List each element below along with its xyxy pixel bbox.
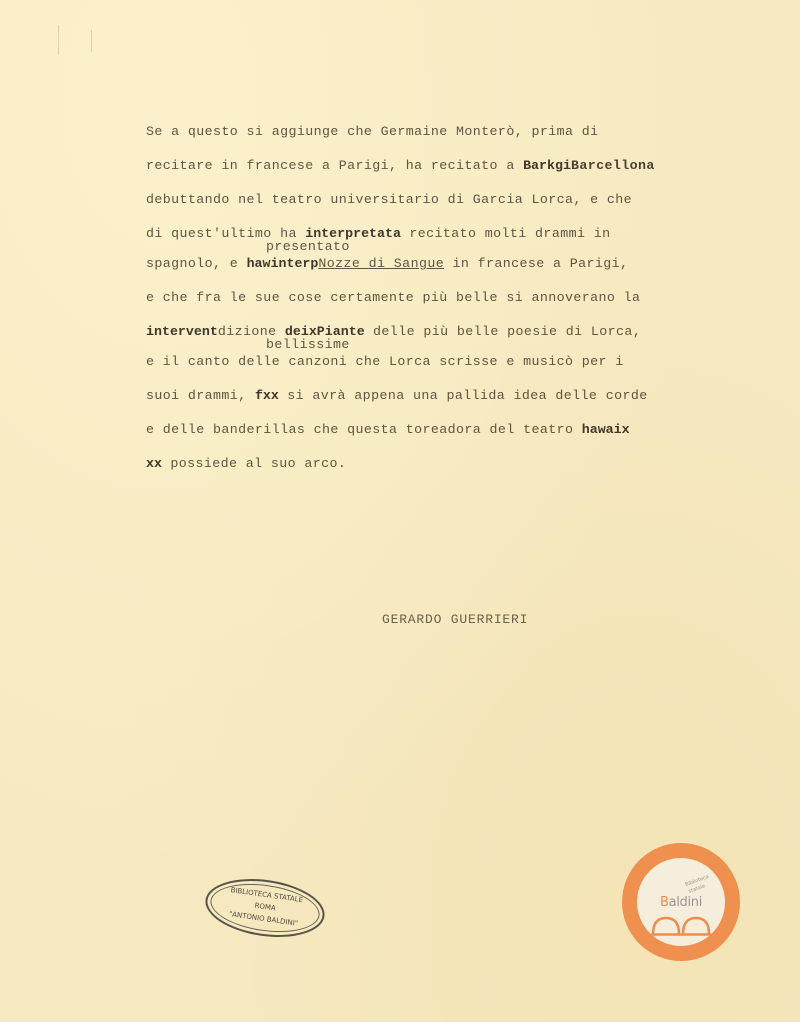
document-page: Se a questo si aggiunge che Germaine Mon… [0,0,800,1022]
interlinear-insertion: bellissime [266,338,350,352]
text-line-10: e delle banderillas che questa toreadora… [146,422,630,438]
text-line-6: e che fra le sue cose certamente più bel… [146,290,640,306]
library-stamp: BIBLIOTECA STATALE ROMA "ANTONIO BALDINI… [202,872,329,944]
struck-text: hawinterp [247,256,319,271]
text-line-4: di quest'ultimo ha interpretata recitato… [146,226,610,242]
struck-text: fxx [255,388,279,403]
paper-crease [58,25,59,55]
text-line-1: Se a questo si aggiunge che Germaine Mon… [146,124,599,140]
struck-text: intervent [146,324,218,339]
open-book-icon [651,916,711,936]
text-line-7: interventdizione deixPiante delle più be… [146,324,641,340]
logo-inner-disc: Biblioteca statale Baldini [637,858,725,946]
logo-name: Baldini [637,895,725,910]
signature: GERARDO GUERRIERI [382,612,528,627]
text-line-2: recitare in francese a Parigi, ha recita… [146,158,655,174]
interlinear-insertion: presentato [266,240,350,254]
text-line-3: debuttando nel teatro universitario di G… [146,192,632,208]
baldini-logo: Biblioteca statale Baldini [622,843,740,961]
struck-text: xx [146,456,162,471]
paper-crease [91,30,92,52]
text-line-8: e il canto delle canzoni che Lorca scris… [146,354,624,370]
struck-text: hawaix [582,422,630,437]
text-line-5: spagnolo, e hawinterpNozze di Sangue in … [146,256,628,272]
text-line-11: xx possiede al suo arco. [146,456,346,472]
struck-text: Barkgi [523,158,571,173]
play-title: Nozze di Sangue [318,256,444,271]
text-line-9: suoi drammi, fxx si avrà appena una pall… [146,388,648,404]
